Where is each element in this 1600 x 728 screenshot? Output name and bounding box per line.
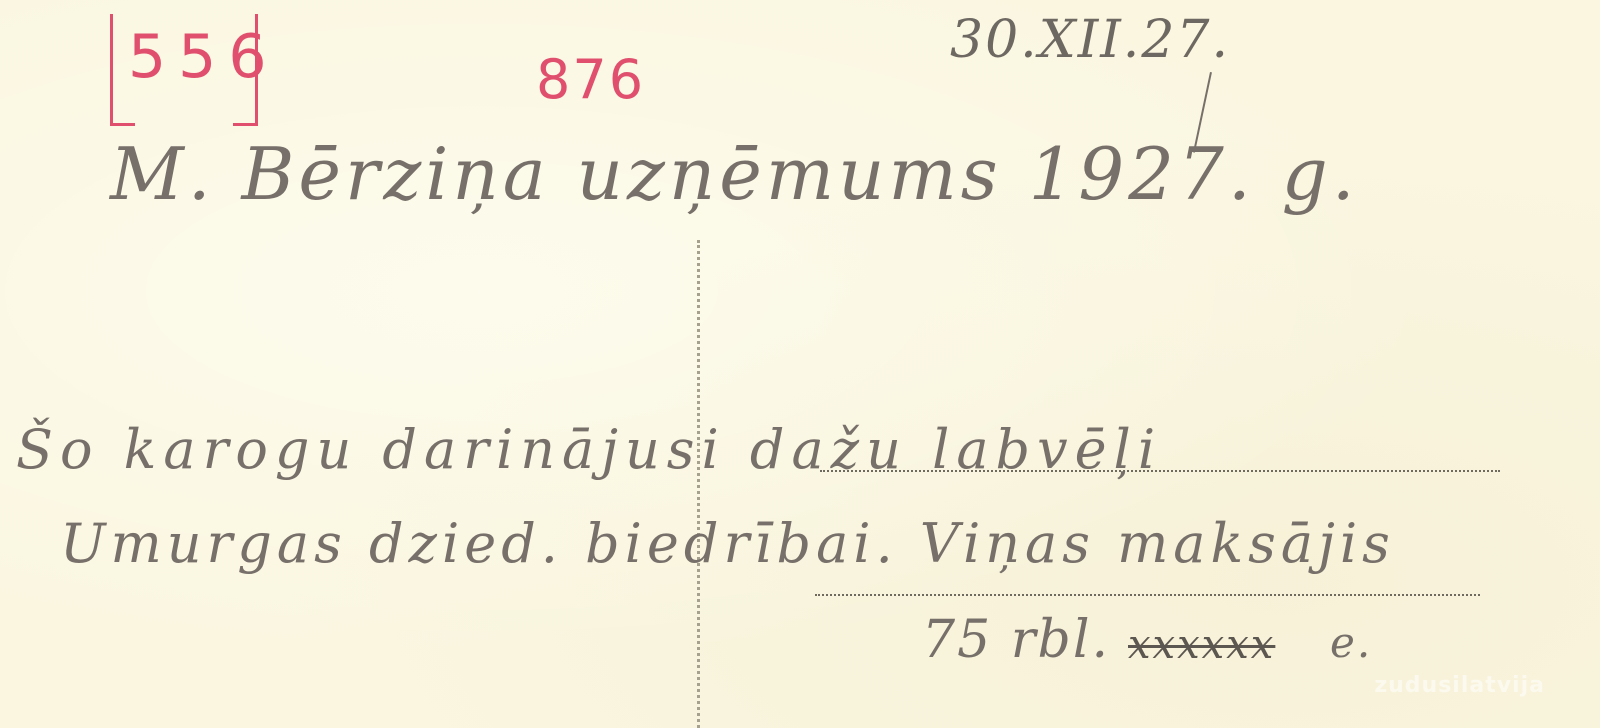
postcard-back: 556 876 30.XII.27. M. Bērziņa uzņēmums 1… (0, 0, 1600, 728)
inventory-number: 876 (536, 48, 645, 111)
watermark: zudusilatvija (1374, 673, 1545, 698)
archive-number: 556 (128, 22, 279, 92)
date-note: 30.XII.27. (950, 10, 1230, 70)
address-line-2 (815, 594, 1480, 596)
body-line-2: Umurgas dzied. biedrībai. Viņas maksājis (60, 512, 1395, 575)
struck-out-word: xxxxxx (1128, 622, 1275, 668)
address-line-1 (820, 470, 1500, 472)
postcard-center-divider (697, 240, 700, 728)
struck-word-suffix: e. (1330, 618, 1372, 667)
photographer-caption: M. Bērziņa uzņēmums 1927. g. (110, 132, 1359, 216)
body-line-3: 75 rbl. (922, 610, 1110, 670)
